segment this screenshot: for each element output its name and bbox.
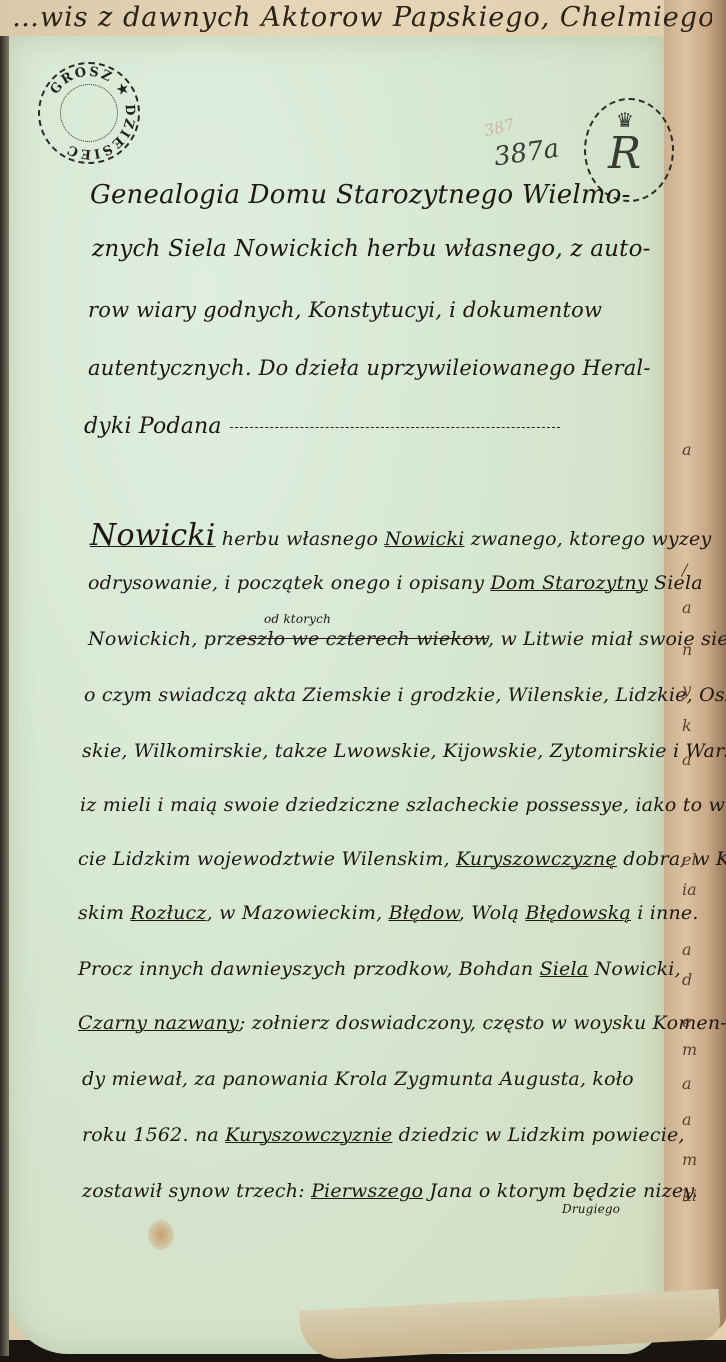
margin-fragment: a: [682, 598, 692, 617]
body-line-9: Procz innych dawnieyszych przodkow, Bohd…: [78, 958, 681, 980]
margin-fragment: el: [682, 850, 697, 869]
margin-fragment: ia: [682, 880, 697, 899]
text-segment: Siela: [540, 958, 589, 980]
text-segment: cie Lidzkim wojewodztwie Wilenskim,: [78, 848, 456, 870]
svg-text:GROSZ ★ DZIESIEC: GROSZ ★ DZIESIEC: [48, 65, 138, 162]
text-segment: zostawił synow trzech:: [82, 1180, 311, 1202]
text-segment: Pierwszego: [311, 1180, 423, 1202]
text-segment: dziedzic w Lidzkim powiecie,: [392, 1124, 684, 1146]
catchword: Drugiego: [562, 1202, 620, 1216]
margin-fragment: a: [682, 1110, 692, 1129]
text-segment: Kuryszowczyznę: [456, 848, 617, 870]
margin-fragment: a: [682, 1074, 692, 1093]
text-segment: Dom Starozytny: [490, 572, 647, 594]
text-segment: roku 1562. na: [82, 1124, 225, 1146]
body-line-7: cie Lidzkim wojewodztwie Wilenskim, Kury…: [78, 848, 726, 870]
text-segment: eszło we czterech wiekow: [236, 628, 488, 650]
text-segment: Rozłucz: [130, 902, 206, 924]
body-line-10: Czarny nazwany; zołnierz doswiadczony, c…: [78, 1012, 726, 1034]
text-segment: odrysowanie, i początek onego i opisany: [88, 572, 490, 594]
body-line-8: skim Rozłucz, w Mazowieckim, Błędow, Wol…: [78, 902, 699, 924]
body-line-13: zostawił synow trzech: Pierwszego Jana o…: [82, 1180, 698, 1202]
text-segment: , w Mazowieckim,: [207, 902, 389, 924]
text-segment: Błędow: [389, 902, 459, 924]
text-segment: Jana o ktorym będzie nizey.: [423, 1180, 698, 1202]
margin-fragment: y: [682, 680, 691, 699]
text-segment: zwanego, ktorego wyzey: [464, 528, 711, 550]
tax-stamp-icon: GROSZ ★ DZIESIEC: [38, 62, 140, 164]
body-line-4: o czym swiadczą akta Ziemskie i grodzkie…: [84, 684, 726, 706]
text-segment: , Wolą: [459, 902, 526, 924]
text-segment: dy miewał, za panowania Krola Zygmunta A…: [82, 1068, 634, 1090]
body-line-12: roku 1562. na Kuryszowczyznie dziedzic w…: [82, 1124, 685, 1146]
text-segment: Czarny nazwany: [78, 1012, 239, 1034]
title-line-2: znych Siela Nowickich herbu własnego, z …: [92, 236, 651, 262]
interlinear-correction: od ktorych: [264, 612, 331, 626]
fill-dash-line: [230, 427, 560, 428]
margin-fragment: a: [682, 440, 692, 459]
margin-fragment: ki: [682, 1186, 697, 1205]
text-segment: i inne.: [631, 902, 699, 924]
text-segment: dobra; w Kijow-: [617, 848, 726, 870]
text-segment: Nowicki: [384, 528, 464, 550]
margin-fragment: d: [682, 970, 692, 989]
margin-fragment: e: [682, 1012, 691, 1031]
stamp-ring-text: GROSZ ★ DZIESIEC: [40, 64, 138, 162]
scanned-document: …wis z dawnych Aktorow Papskiego, Chelmi…: [0, 0, 726, 1362]
text-segment: Nowicki: [90, 518, 216, 553]
text-segment: skie, Wilkomirskie, takze Lwowskie, Kijo…: [82, 740, 726, 762]
body-line-2: odrysowanie, i początek onego i opisany …: [88, 572, 703, 594]
title-line-5-text: dyki Podana: [84, 414, 222, 439]
body-line-11: dy miewał, za panowania Krola Zygmunta A…: [82, 1068, 634, 1090]
text-segment: iz mieli i maią swoie dziedziczne szlach…: [80, 794, 726, 816]
stamp-monogram: R: [608, 128, 641, 179]
margin-fragment: a: [682, 940, 692, 959]
text-segment: skim: [78, 902, 130, 924]
text-segment: Procz innych dawnieyszych przodkow, Bohd…: [78, 958, 540, 980]
body-line-5: skie, Wilkomirskie, takze Lwowskie, Kijo…: [82, 740, 726, 762]
title-line-3: row wiary godnych, Konstytucyi, i dokume…: [88, 298, 602, 322]
body-line-6: iz mieli i maią swoie dziedziczne szlach…: [80, 794, 726, 816]
title-line-4: autentycznych. Do dzieła uprzywileiowane…: [88, 356, 651, 380]
body-line-3: Nowickich, przeszło we czterech wiekow, …: [88, 628, 726, 650]
text-segment: herbu własnego: [216, 528, 385, 550]
margin-fragment: /: [682, 560, 687, 579]
text-segment: Nowicki,: [588, 958, 681, 980]
title-line-5: dyki Podana: [84, 414, 560, 439]
binding-edge: [0, 36, 9, 1356]
text-segment: Siela: [648, 572, 703, 594]
body-line-1: Nowicki herbu własnego Nowicki zwanego, …: [90, 518, 711, 553]
margin-fragment: m: [682, 1150, 697, 1169]
title-line-1: Genealogia Domu Starozytnego Wielmo-: [90, 180, 631, 210]
margin-fragment: a: [682, 750, 692, 769]
text-segment: Nowickich, prz: [88, 628, 236, 650]
margin-fragment: k: [682, 716, 692, 735]
text-segment: ; zołnierz doswiadczony, często w woysku…: [239, 1012, 726, 1034]
margin-fragment: m: [682, 1040, 697, 1059]
text-segment: Błędowską: [525, 902, 631, 924]
text-segment: Kuryszowczyznie: [225, 1124, 392, 1146]
ink-stain: [148, 1220, 174, 1250]
margin-fragment: n: [682, 640, 692, 659]
text-segment: o czym swiadczą akta Ziemskie i grodzkie…: [84, 684, 726, 706]
